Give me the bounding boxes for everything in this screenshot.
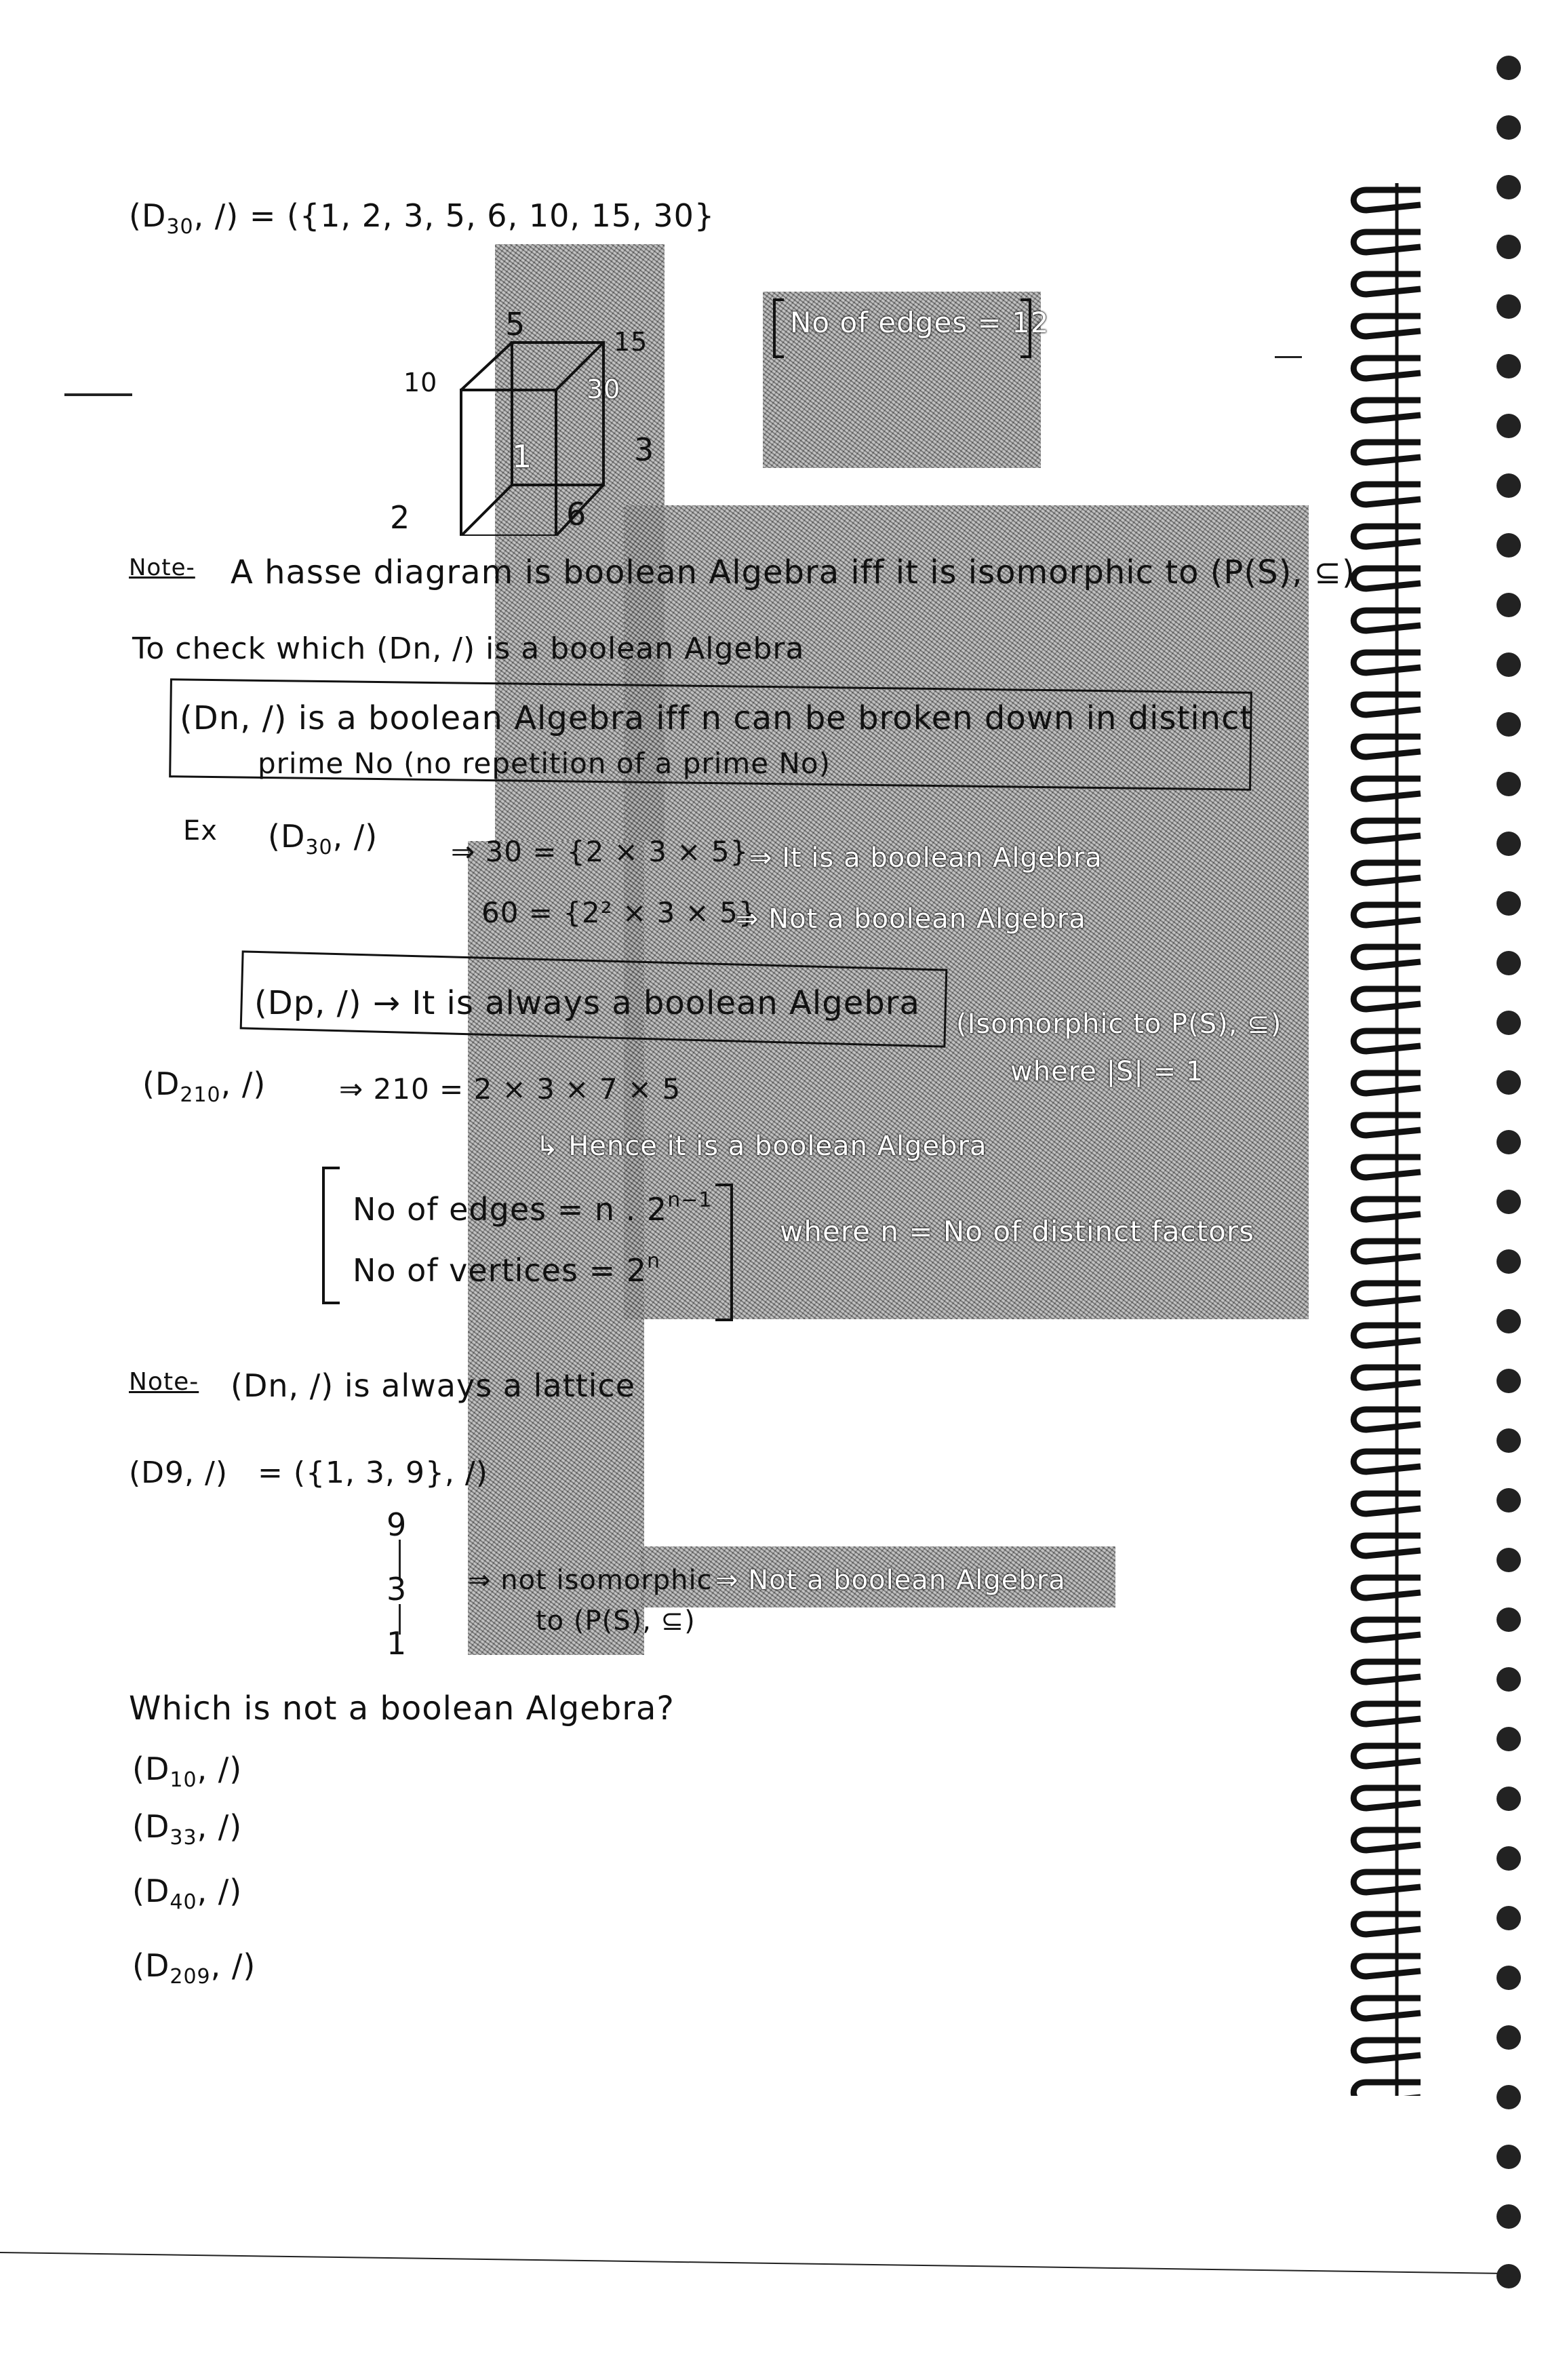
formula-vertices: No of vertices = 2n bbox=[353, 1251, 660, 1286]
hasse-node-5: 5 bbox=[505, 309, 526, 340]
chain-node-1: 1 bbox=[386, 1628, 407, 1659]
question-text: Which is not a boolean Algebra? bbox=[129, 1692, 675, 1725]
rule-line2: prime No (no repetition of a prime No) bbox=[258, 749, 831, 778]
d30-equation: (D30, /) = ({1, 2, 3, 5, 6, 10, 15, 30} bbox=[129, 200, 715, 237]
hasse-node-3: 3 bbox=[634, 434, 654, 465]
d210-lhs: (D210, /) bbox=[142, 1068, 266, 1106]
option-2: (D33, /) bbox=[132, 1811, 242, 1848]
d9-result-tail: ⇒ Not a boolean Algebra bbox=[715, 1567, 1066, 1594]
edges-note-bracket-left bbox=[773, 298, 784, 358]
dp-text: (Dp, /) → It is always a boolean Algebra bbox=[254, 987, 920, 1019]
d9-result-2: to (P(S), ⊆) bbox=[536, 1607, 696, 1635]
ex2-factorization: 60 = {2² × 3 × 5} bbox=[481, 899, 757, 927]
ex-label: Ex bbox=[183, 817, 218, 844]
note1-label: Note- bbox=[129, 556, 195, 579]
notebook-page: (D30, /) = ({1, 2, 3, 5, 6, 10, 15, 30} … bbox=[0, 0, 1546, 2380]
hasse-node-10: 10 bbox=[403, 370, 437, 395]
chain-node-3: 3 bbox=[386, 1574, 407, 1605]
ex1-result: ⇒ It is a boolean Algebra bbox=[749, 844, 1103, 872]
option-1: (D10, /) bbox=[132, 1753, 242, 1791]
hasse-node-1: 1 bbox=[512, 441, 532, 472]
hasse-node-30: 30 bbox=[587, 376, 620, 402]
d9-result-1: ⇒ not isomorphic bbox=[468, 1567, 713, 1594]
chain-node-9: 9 bbox=[386, 1509, 407, 1540]
d210-factorization: ⇒ 210 = 2 × 3 × 7 × 5 bbox=[339, 1075, 681, 1104]
note2-text: (Dn, /) is always a lattice bbox=[231, 1370, 635, 1401]
stray-dash-1 bbox=[64, 393, 132, 396]
dp-side-note-1: (Isomorphic to P(S), ⊆) bbox=[956, 1011, 1282, 1038]
check-heading: To check which (Dn, /) is a boolean Alge… bbox=[132, 634, 804, 664]
ex1-lhs: (D30, /) bbox=[268, 821, 378, 858]
edges-note: No of edges = 12 bbox=[790, 309, 1050, 337]
bottom-edge-line bbox=[0, 2252, 1512, 2274]
dp-side-note-2: where |S| = 1 bbox=[1010, 1058, 1204, 1085]
d210-conclusion: ↳ Hence it is a boolean Algebra bbox=[536, 1133, 987, 1160]
d9-lhs: (D9, /) bbox=[129, 1458, 228, 1488]
note2-label: Note- bbox=[129, 1370, 199, 1394]
option-3: (D40, /) bbox=[132, 1875, 242, 1913]
hasse-node-15: 15 bbox=[614, 329, 648, 355]
ex2-result: ⇒ Not a boolean Algebra bbox=[736, 905, 1086, 933]
ex1-factorization: ⇒ 30 = {2 × 3 × 5} bbox=[451, 838, 749, 866]
option-4: (D209, /) bbox=[132, 1950, 256, 1987]
stray-dash-2 bbox=[1275, 356, 1302, 358]
rule-line1: (Dn, /) is a boolean Algebra iff n can b… bbox=[180, 702, 1253, 735]
punch-holes-icon bbox=[1488, 54, 1522, 2347]
spiral-binding-icon bbox=[1346, 183, 1427, 2096]
note1-text: A hasse diagram is boolean Algebra iff i… bbox=[231, 556, 1355, 589]
hasse-node-6: 6 bbox=[566, 499, 587, 530]
d9-rhs: = ({1, 3, 9}, /) bbox=[258, 1458, 488, 1488]
formula-edges: No of edges = n . 2n−1 bbox=[353, 1190, 712, 1225]
formula-bracket-left bbox=[322, 1167, 340, 1304]
formula-bracket-right bbox=[715, 1184, 733, 1321]
formula-where-note: where n = No of distinct factors bbox=[780, 1217, 1254, 1246]
hasse-node-2: 2 bbox=[390, 502, 410, 533]
